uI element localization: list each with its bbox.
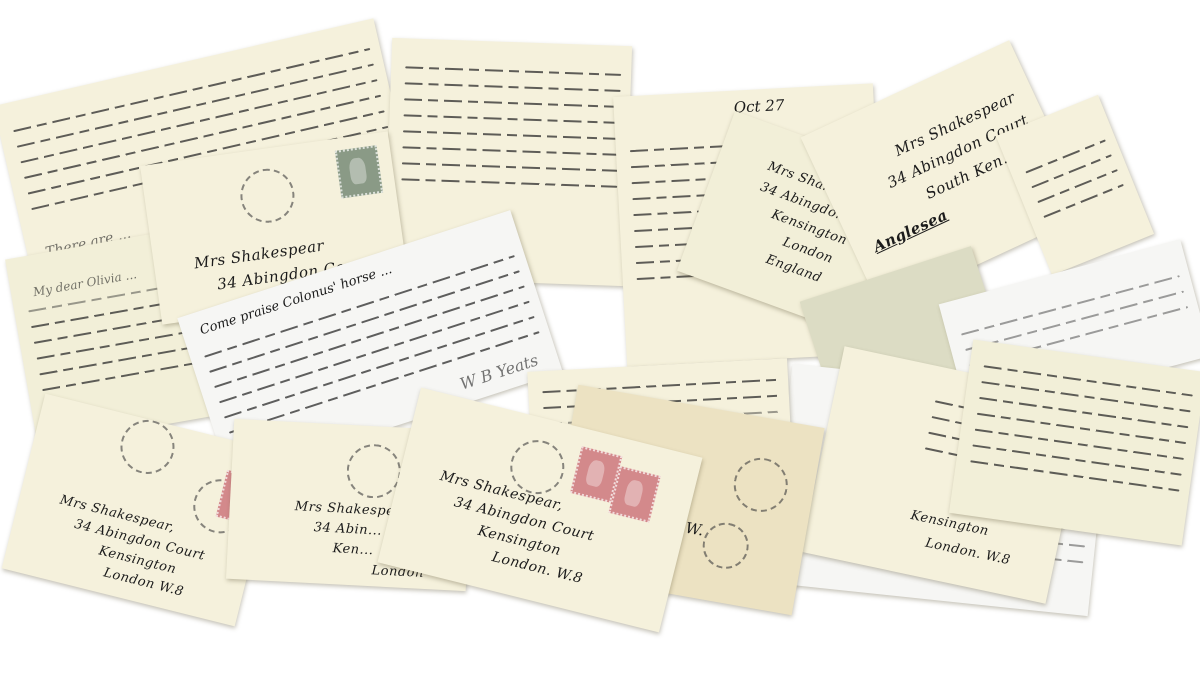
postmark xyxy=(729,454,792,517)
stamp-icon xyxy=(335,145,383,198)
letter-right-card xyxy=(949,339,1200,545)
postmark xyxy=(115,414,180,479)
postmark xyxy=(345,443,402,500)
postmark xyxy=(237,165,298,226)
postmark xyxy=(699,519,752,572)
